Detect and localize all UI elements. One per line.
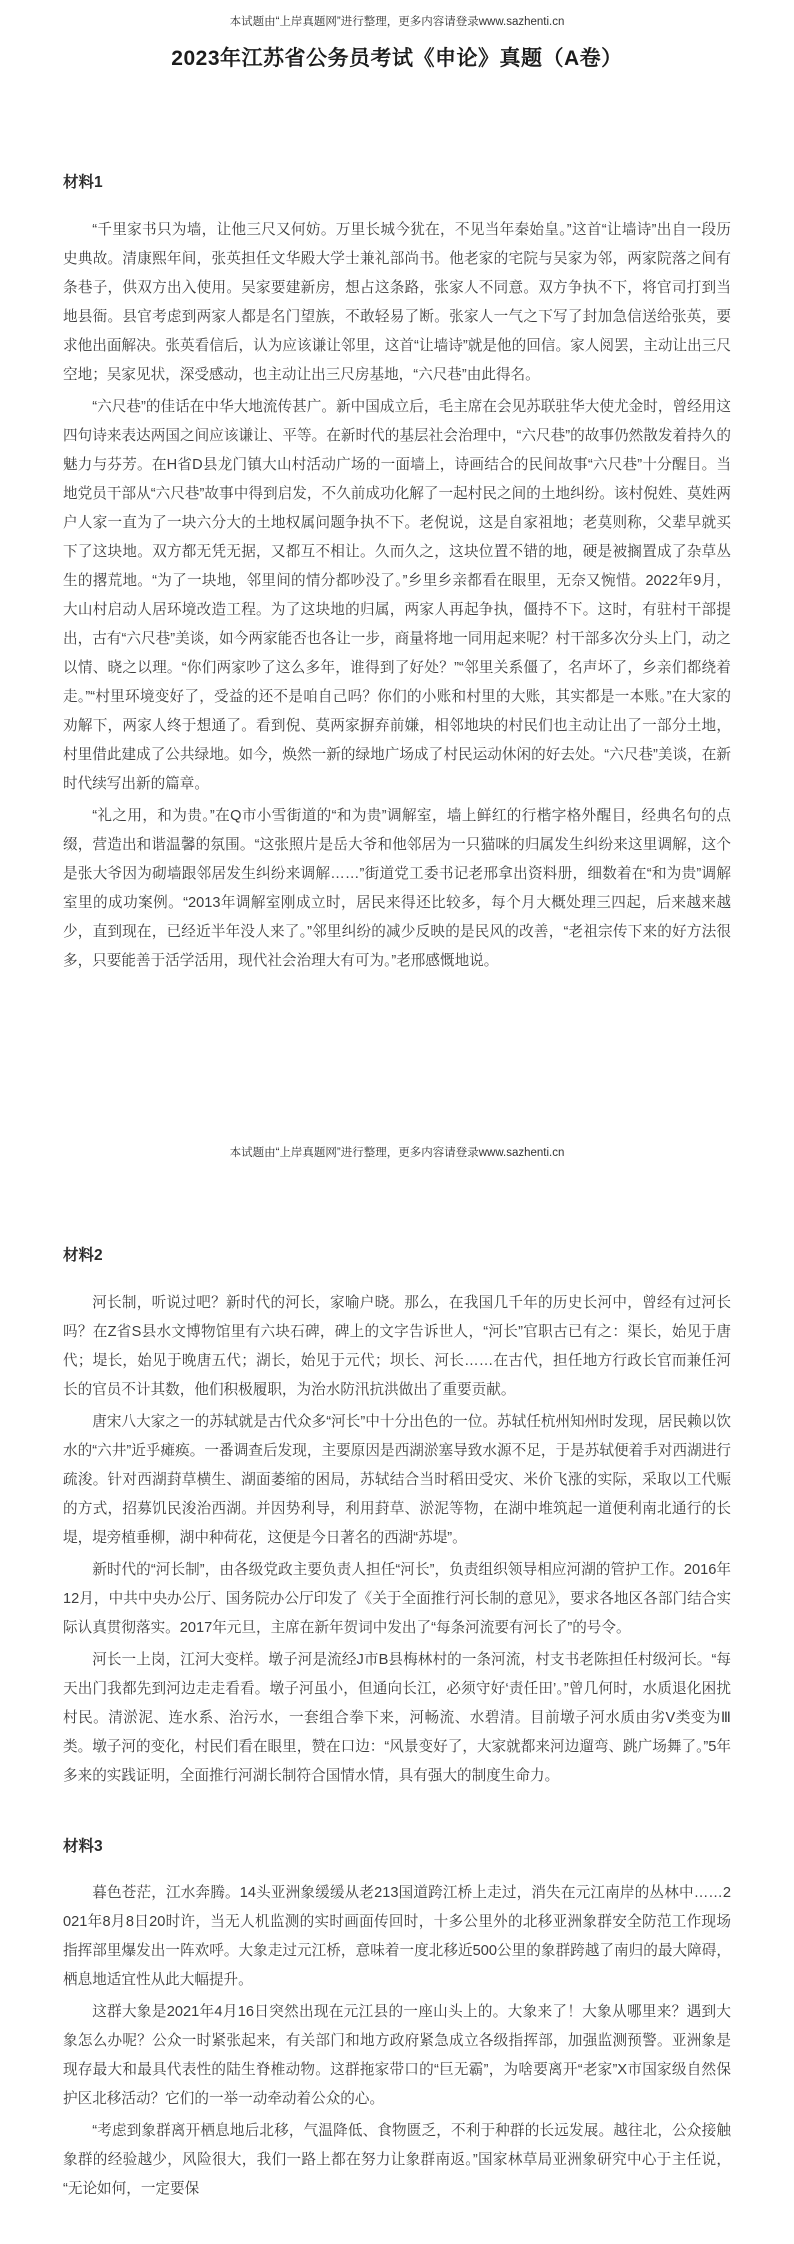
material-3-heading: 材料3 [63, 1836, 103, 1858]
material-1-paragraph-3: “礼之用，和为贵。”在Q市小雪街道的“和为贵”调解室，墙上鲜红的行楷字格外醒目，… [63, 802, 731, 976]
material-3-paragraph-1: 暮色苍茫，江水奔腾。14头亚洲象缓缓从老213国道跨江桥上走过，消失在元江南岸的… [63, 1879, 731, 1995]
material-2-paragraph-2: 唐宋八大家之一的苏轼就是古代众多“河长”中十分出色的一位。苏轼任杭州知州时发现，… [63, 1408, 731, 1553]
document-page: 本试题由“上岸真题网”进行整理，更多内容请登录www.sazhenti.cn 2… [0, 0, 794, 2244]
material-2-paragraph-1: 河长制，听说过吧？新时代的河长，家喻户晓。那么，在我国几千年的历史长河中，曾经有… [63, 1289, 731, 1405]
material-2-paragraph-4: 河长一上岗，江河大变样。墩子河是流经J市B县梅林村的一条河流，村支书老陈担任村级… [63, 1646, 731, 1791]
material-2-body: 河长制，听说过吧？新时代的河长，家喻户晓。那么，在我国几千年的历史长河中，曾经有… [63, 1289, 731, 1794]
site-source-note-top: 本试题由“上岸真题网”进行整理，更多内容请登录www.sazhenti.cn [0, 14, 794, 30]
material-2-heading: 材料2 [63, 1245, 103, 1267]
material-1-body: “千里家书只为墙，让他三尺又何妨。万里长城今犹在，不见当年秦始皇。”这首“让墙诗… [63, 216, 731, 979]
site-source-note-middle: 本试题由“上岸真题网”进行整理，更多内容请登录www.sazhenti.cn [0, 1145, 794, 1161]
material-3-paragraph-2: 这群大象是2021年4月16日突然出现在元江县的一座山头上的。大象来了！大象从哪… [63, 1998, 731, 2114]
material-1-paragraph-1: “千里家书只为墙，让他三尺又何妨。万里长城今犹在，不见当年秦始皇。”这首“让墙诗… [63, 216, 731, 390]
material-3-body: 暮色苍茫，江水奔腾。14头亚洲象缓缓从老213国道跨江桥上走过，消失在元江南岸的… [63, 1879, 731, 2207]
material-1-heading: 材料1 [63, 172, 103, 194]
page-title: 2023年江苏省公务员考试《申论》真题（A卷） [0, 44, 794, 74]
material-1-paragraph-2: “六尺巷”的佳话在中华大地流传甚广。新中国成立后，毛主席在会见苏联驻华大使尤金时… [63, 393, 731, 799]
material-2-paragraph-3: 新时代的“河长制”，由各级党政主要负责人担任“河长”，负责组织领导相应河湖的管护… [63, 1556, 731, 1643]
material-3-paragraph-3: “考虑到象群离开栖息地后北移，气温降低、食物匮乏，不利于种群的长远发展。越往北，… [63, 2117, 731, 2204]
